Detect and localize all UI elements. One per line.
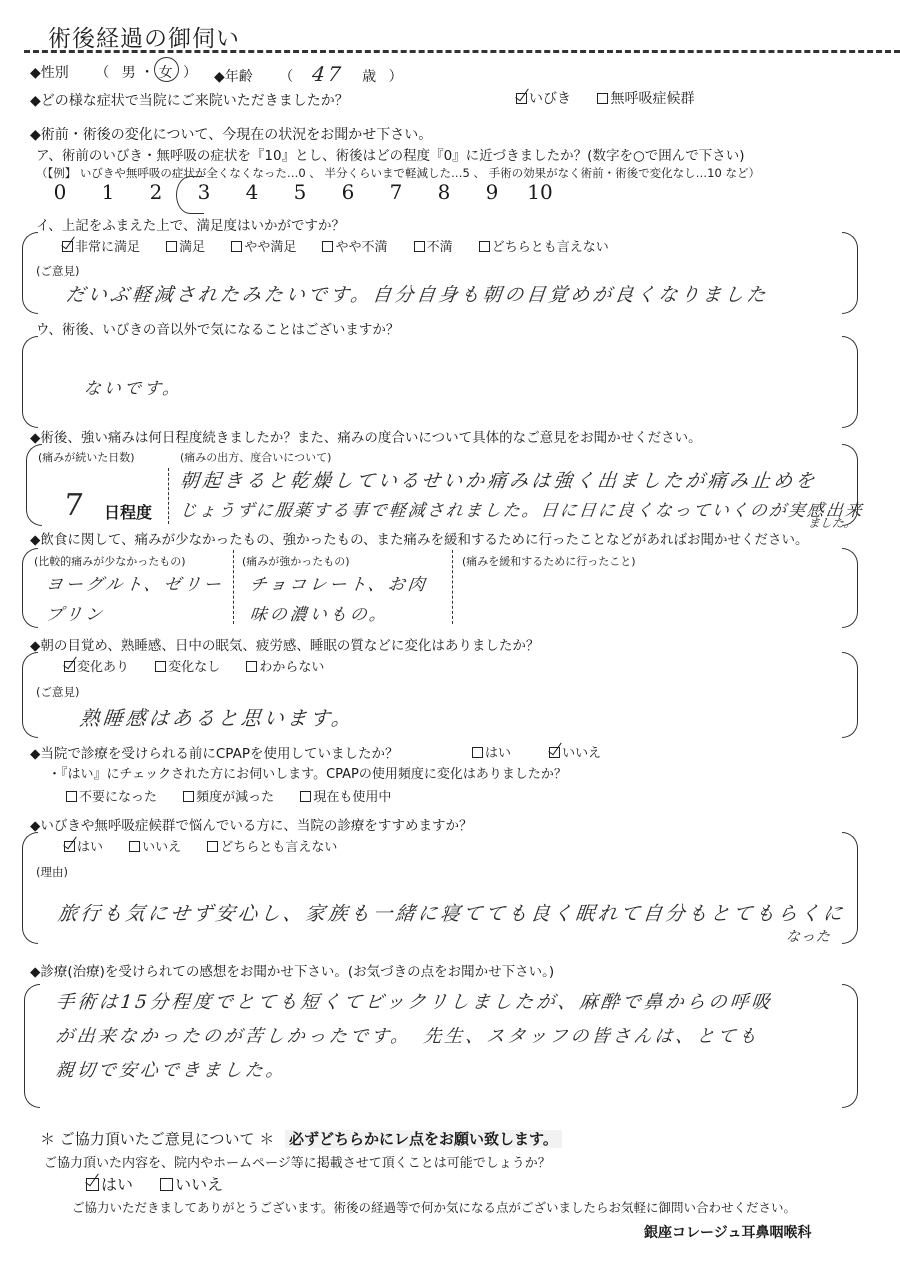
cpap-option-no[interactable]: いいえ xyxy=(549,742,601,761)
symptom-options: いびき 無呼吸症候群 xyxy=(516,88,716,108)
recommend-option[interactable]: いいえ xyxy=(129,836,181,855)
scale-0-10: 012345678910 xyxy=(36,180,564,204)
satisfaction-comment-label: (ご意見) xyxy=(36,263,79,279)
scale-option[interactable]: 1 xyxy=(84,180,132,204)
cpap-options: はい いいえ xyxy=(472,742,623,761)
age-field: ◆年齢 （ 47 歳 ） xyxy=(214,62,403,86)
change-question: ◆術前・術後の変化について、今現在の状況をお聞かせ下さい。 xyxy=(30,124,432,144)
scale-option[interactable]: 10 xyxy=(516,180,564,204)
consent-heading-left: ＊ ご協力頂いたご意見について ＊ xyxy=(40,1130,274,1148)
scale-option[interactable]: 8 xyxy=(420,180,468,204)
scale-option[interactable]: 4 xyxy=(228,180,276,204)
gender-label: ◆性別 xyxy=(30,65,69,81)
checkbox-icon xyxy=(207,841,218,852)
bracket-left xyxy=(22,832,38,944)
age-label: ◆年齢 xyxy=(214,69,253,85)
bracket-right xyxy=(842,548,858,628)
impression-question: ◆診療(治療)を受けられての感想をお聞かせ下さい。(お気づきの点をお聞かせ下さい… xyxy=(30,960,554,980)
satisfaction-options: 非常に満足 満足 やや満足 やや不満 不満 どちらとも言えない xyxy=(62,236,631,255)
checkbox-icon xyxy=(183,791,194,802)
sleep-question: ◆朝の目覚め、熟睡感、日中の眠気、疲労感、睡眠の質などに変化はありましたか？ xyxy=(30,634,539,654)
pain-detail-line2[interactable]: じょうずに服薬する事で軽減されました。日に日に良くなっていくのが実感出来 xyxy=(179,496,866,521)
food-col2-line2[interactable]: 味の濃いもの。 xyxy=(249,600,391,625)
consent-thanks: ご協力いただきましてありがとうございます。術後の経過等で何か気になる点がございま… xyxy=(72,1198,796,1216)
checkbox-icon xyxy=(414,241,425,252)
column-divider xyxy=(233,550,234,624)
checkbox-icon xyxy=(300,791,311,802)
checkbox-icon xyxy=(166,241,177,252)
sleep-comment[interactable]: 熟睡感はあると思います。 xyxy=(78,702,355,731)
pain-question: ◆術後、強い痛みは何日程度続きましたか？また、痛みの度合いについて具体的なご意見… xyxy=(30,426,702,446)
change-a-question: ア、術前のいびき・無呼吸の症状を『10』とし、術後はどの程度『0』に近づきました… xyxy=(36,144,745,164)
checkbox-icon xyxy=(66,791,77,802)
scale-option[interactable]: 7 xyxy=(372,180,420,204)
checkbox-icon xyxy=(231,241,242,252)
pain-detail-line1[interactable]: 朝起きると乾燥しているせいか痛みは強く出ましたが痛み止めを xyxy=(179,466,819,493)
satisfaction-comment[interactable]: だいぶ軽減されたみたいです。自分自身も朝の目覚めが良くなりました xyxy=(65,280,770,307)
checkbox-icon xyxy=(597,93,608,104)
other-concern-question: ウ、術後、いびきの音以外で気になることはございますか？ xyxy=(36,318,399,338)
pain-days-unit: 日程度 xyxy=(104,500,152,523)
bracket-left xyxy=(22,336,38,428)
cpap-option-yes[interactable]: はい xyxy=(472,742,511,761)
consent-heading-right: 必ずどちらかにレ点をお願い致します。 xyxy=(285,1130,562,1148)
sleep-option[interactable]: 変化なし xyxy=(155,656,220,675)
gender-option-male[interactable]: 男 xyxy=(122,65,136,81)
pain-detail-line3[interactable]: ました。 xyxy=(807,514,857,531)
recommend-reason-line1[interactable]: 旅行も気にせず安心し、家族も一緒に寝てても良く眠れて自分もとてもらくに xyxy=(57,898,847,926)
checkbox-checked-icon xyxy=(64,661,75,672)
sleep-options: 変化あり 変化なし わからない xyxy=(64,656,346,675)
consent-option-no[interactable]: いいえ xyxy=(160,1172,223,1195)
other-concern-answer[interactable]: ないです。 xyxy=(83,374,184,399)
scale-option[interactable]: 0 xyxy=(36,180,84,204)
checkbox-icon xyxy=(160,1178,173,1191)
satisfaction-question: イ、上記をふまえた上で、満足度はいかがですか？ xyxy=(36,214,345,234)
recommend-option[interactable]: はい xyxy=(64,836,103,855)
age-value[interactable]: 47 xyxy=(296,62,359,86)
impression-line3[interactable]: 親切で安心できました。 xyxy=(55,1056,289,1082)
food-col3-label: (痛みを緩和するために行ったこと) xyxy=(462,553,636,569)
satisfaction-option[interactable]: 満足 xyxy=(166,236,205,255)
checkbox-icon xyxy=(246,661,257,672)
bracket-right xyxy=(842,232,858,314)
scale-option[interactable]: 6 xyxy=(324,180,372,204)
checkbox-checked-icon xyxy=(64,841,75,852)
consent-heading: ＊ ご協力頂いたご意見について ＊ 必ずどちらかにレ点をお願い致します。 xyxy=(40,1128,562,1149)
satisfaction-option[interactable]: どちらとも言えない xyxy=(479,236,609,255)
impression-line2[interactable]: が出来なかったのが苦しかったです。 先生、スタッフの皆さんは、とても xyxy=(55,1022,761,1048)
clinic-name: 銀座コレージュ耳鼻咽喉科 xyxy=(644,1222,811,1242)
sleep-option[interactable]: 変化あり xyxy=(64,656,129,675)
cpap-sub-option[interactable]: 現在も使用中 xyxy=(300,786,391,805)
impression-line1[interactable]: 手術は15分程度でとても短くてビックリしましたが、麻酔で鼻からの呼吸 xyxy=(55,988,775,1014)
bracket-right xyxy=(842,652,858,738)
food-col2-label: (痛みが強かったもの) xyxy=(242,553,350,569)
column-divider xyxy=(452,550,453,624)
checkbox-icon xyxy=(472,747,483,758)
satisfaction-option[interactable]: やや満足 xyxy=(231,236,296,255)
checkbox-checked-icon xyxy=(516,93,527,104)
change-example: （【例】 いびきや無呼吸の症状が全くなくなった…0 、 半分くらいまで軽減した…… xyxy=(36,165,760,181)
checkbox-icon xyxy=(479,241,490,252)
food-question: ◆飲食に関して、痛みが少なかったもの、強かったもの、また痛みを緩和するために行っ… xyxy=(30,528,809,548)
cpap-question: ◆当院で診療を受けられる前にCPAPを使用していましたか？ xyxy=(30,742,398,762)
scale-option[interactable]: 9 xyxy=(468,180,516,204)
gender-option-female[interactable]: 女 xyxy=(159,62,173,82)
cpap-sub-option[interactable]: 頻度が減った xyxy=(183,786,274,805)
pain-days-value[interactable]: 7 xyxy=(62,488,88,523)
checkbox-icon xyxy=(322,241,333,252)
sleep-comment-label: (ご意見) xyxy=(36,684,79,700)
scale-selection-mark xyxy=(176,176,204,214)
checkbox-checked-icon xyxy=(62,241,73,252)
form-title: 術後経過の御伺い xyxy=(48,20,240,53)
cpap-sub-options: 不要になった 頻度が減った 現在も使用中 xyxy=(66,786,413,805)
cpap-sub-option[interactable]: 不要になった xyxy=(66,786,157,805)
checkbox-checked-icon xyxy=(549,747,560,758)
column-divider xyxy=(168,468,169,524)
recommend-reason-line2[interactable]: なった xyxy=(785,926,832,946)
satisfaction-option[interactable]: 非常に満足 xyxy=(62,236,140,255)
consent-option-yes[interactable]: はい xyxy=(86,1172,133,1195)
consent-question: ご協力頂いた内容を、院内やホームページ等に掲載させて頂くことは可能でしょうか？ xyxy=(44,1152,551,1171)
recommend-options: はい いいえ どちらとも言えない xyxy=(64,836,359,855)
consent-options: はい いいえ xyxy=(86,1172,245,1195)
satisfaction-option[interactable]: やや不満 xyxy=(322,236,387,255)
checkbox-icon xyxy=(155,661,166,672)
pain-days-label: (痛みが続いた日数) xyxy=(38,449,135,465)
age-unit: 歳 xyxy=(362,69,376,85)
title-divider xyxy=(24,50,900,53)
scale-option-selected[interactable]: 2 xyxy=(132,180,180,204)
symptom-option-snoring[interactable]: いびき xyxy=(516,88,571,108)
bracket-right xyxy=(842,984,858,1108)
symptom-question: ◆どの様な症状で当院にご来院いただきましたか？ xyxy=(30,90,349,110)
recommend-option[interactable]: どちらとも言えない xyxy=(207,836,337,855)
food-col1-line2[interactable]: プリン xyxy=(45,600,107,625)
food-col2-line1[interactable]: チョコレート、お肉 xyxy=(249,570,430,595)
checkbox-icon xyxy=(129,841,140,852)
bracket-left xyxy=(24,984,40,1108)
bracket-right xyxy=(842,336,858,428)
selected-circle xyxy=(154,57,179,82)
scale-option[interactable]: 5 xyxy=(276,180,324,204)
food-col1-line1[interactable]: ヨーグルト、ゼリー xyxy=(45,570,226,595)
cpap-sub-question: ・『はい』にチェックされた方にお伺いします。CPAPの使用頻度に変化はありました… xyxy=(48,763,567,782)
recommend-question: ◆いびきや無呼吸症候群で悩んでいる方に、当院の診療をすすめますか？ xyxy=(30,814,473,834)
recommend-reason-label: (理由) xyxy=(36,864,68,880)
food-col1-label: (比較的痛みが少なかったもの) xyxy=(34,553,186,569)
sleep-option[interactable]: わからない xyxy=(246,656,324,675)
checkbox-checked-icon xyxy=(86,1178,99,1191)
symptom-option-apnea[interactable]: 無呼吸症候群 xyxy=(597,88,694,108)
gender-field: ◆性別 （ 男 ・ 女 ） xyxy=(30,62,197,82)
satisfaction-option[interactable]: 不満 xyxy=(414,236,453,255)
pain-detail-label: (痛みの出方、度合いについて) xyxy=(180,449,331,465)
bracket-right xyxy=(842,832,858,944)
